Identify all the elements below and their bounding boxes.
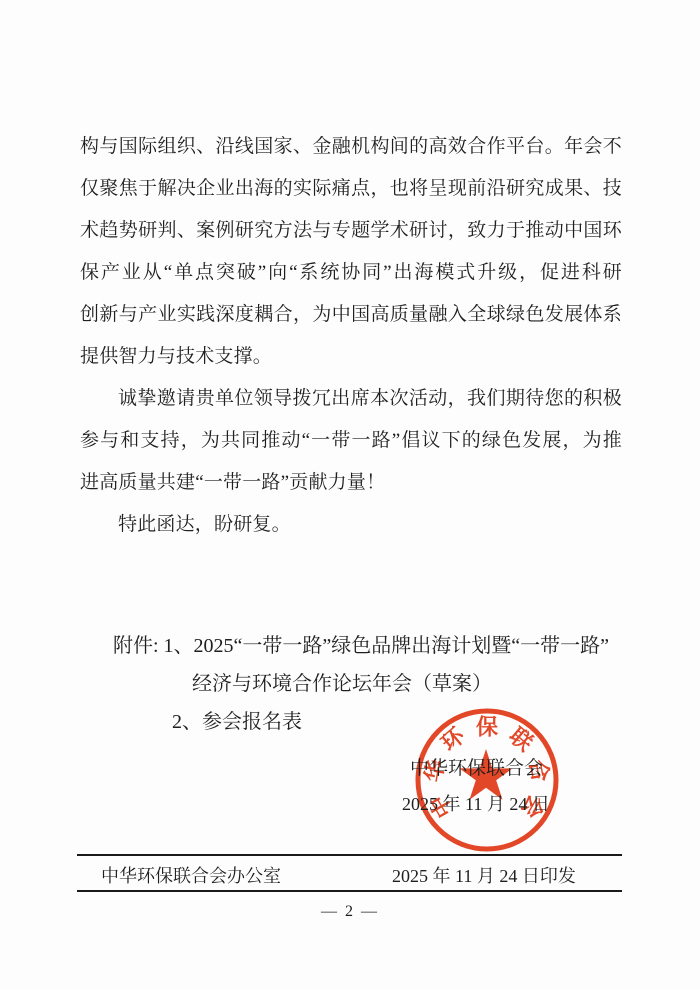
seal-character: 保 (476, 715, 498, 740)
document-page: 构与国际组织、沿线国家、金融机构间的高效合作平台。年会不仅聚焦于解决企业出海的实… (0, 0, 700, 989)
body-line: 进高质量共建“一带一路”贡献力量！ (80, 462, 622, 504)
body-line: 诚挚邀请贵单位领导拨冗出席本次活动，我们期待您的积极 (80, 378, 622, 420)
attachment-item-2: 2、参会报名表 (172, 709, 302, 735)
signature-date: 2025 年 11 月 24 日 (402, 792, 550, 816)
body-text: 构与国际组织、沿线国家、金融机构间的高效合作平台。年会不仅聚焦于解决企业出海的实… (80, 126, 622, 546)
body-line: 创新与产业实践深度耦合，为中国高质量融入全球绿色发展体系 (80, 294, 622, 336)
footer-rule-bottom (77, 890, 622, 892)
footer-rule-top (77, 854, 622, 856)
body-line: 提供智力与技术支撑。 (80, 336, 622, 378)
body-line: 保产业从“单点突破”向“系统协同”出海模式升级，促进科研 (80, 252, 622, 294)
body-line: 构与国际组织、沿线国家、金融机构间的高效合作平台。年会不 (80, 126, 622, 168)
body-line: 特此函达，盼研复。 (80, 504, 622, 546)
attachment-item-1: 附件: 1、2025“一带一路”绿色品牌出海计划暨“一带一路” (113, 633, 609, 659)
body-line: 术趋势研判、案例研究方法与专题学术研讨，致力于推动中国环 (80, 210, 622, 252)
signature-organization: 中华环保联合会 (410, 757, 543, 781)
page-number: — 2 — (0, 903, 700, 921)
body-line: 参与和支持，为共同推动“一带一路”倡议下的绿色发展，为推 (80, 420, 622, 462)
footer-issuing-office: 中华环保联合会办公室 (101, 864, 281, 888)
body-line: 仅聚焦于解决企业出海的实际痛点，也将呈现前沿研究成果、技 (80, 168, 622, 210)
footer-print-date: 2025 年 11 月 24 日印发 (392, 864, 576, 888)
attachment-item-1-continued: 经济与环境合作论坛年会（草案） (192, 671, 492, 697)
